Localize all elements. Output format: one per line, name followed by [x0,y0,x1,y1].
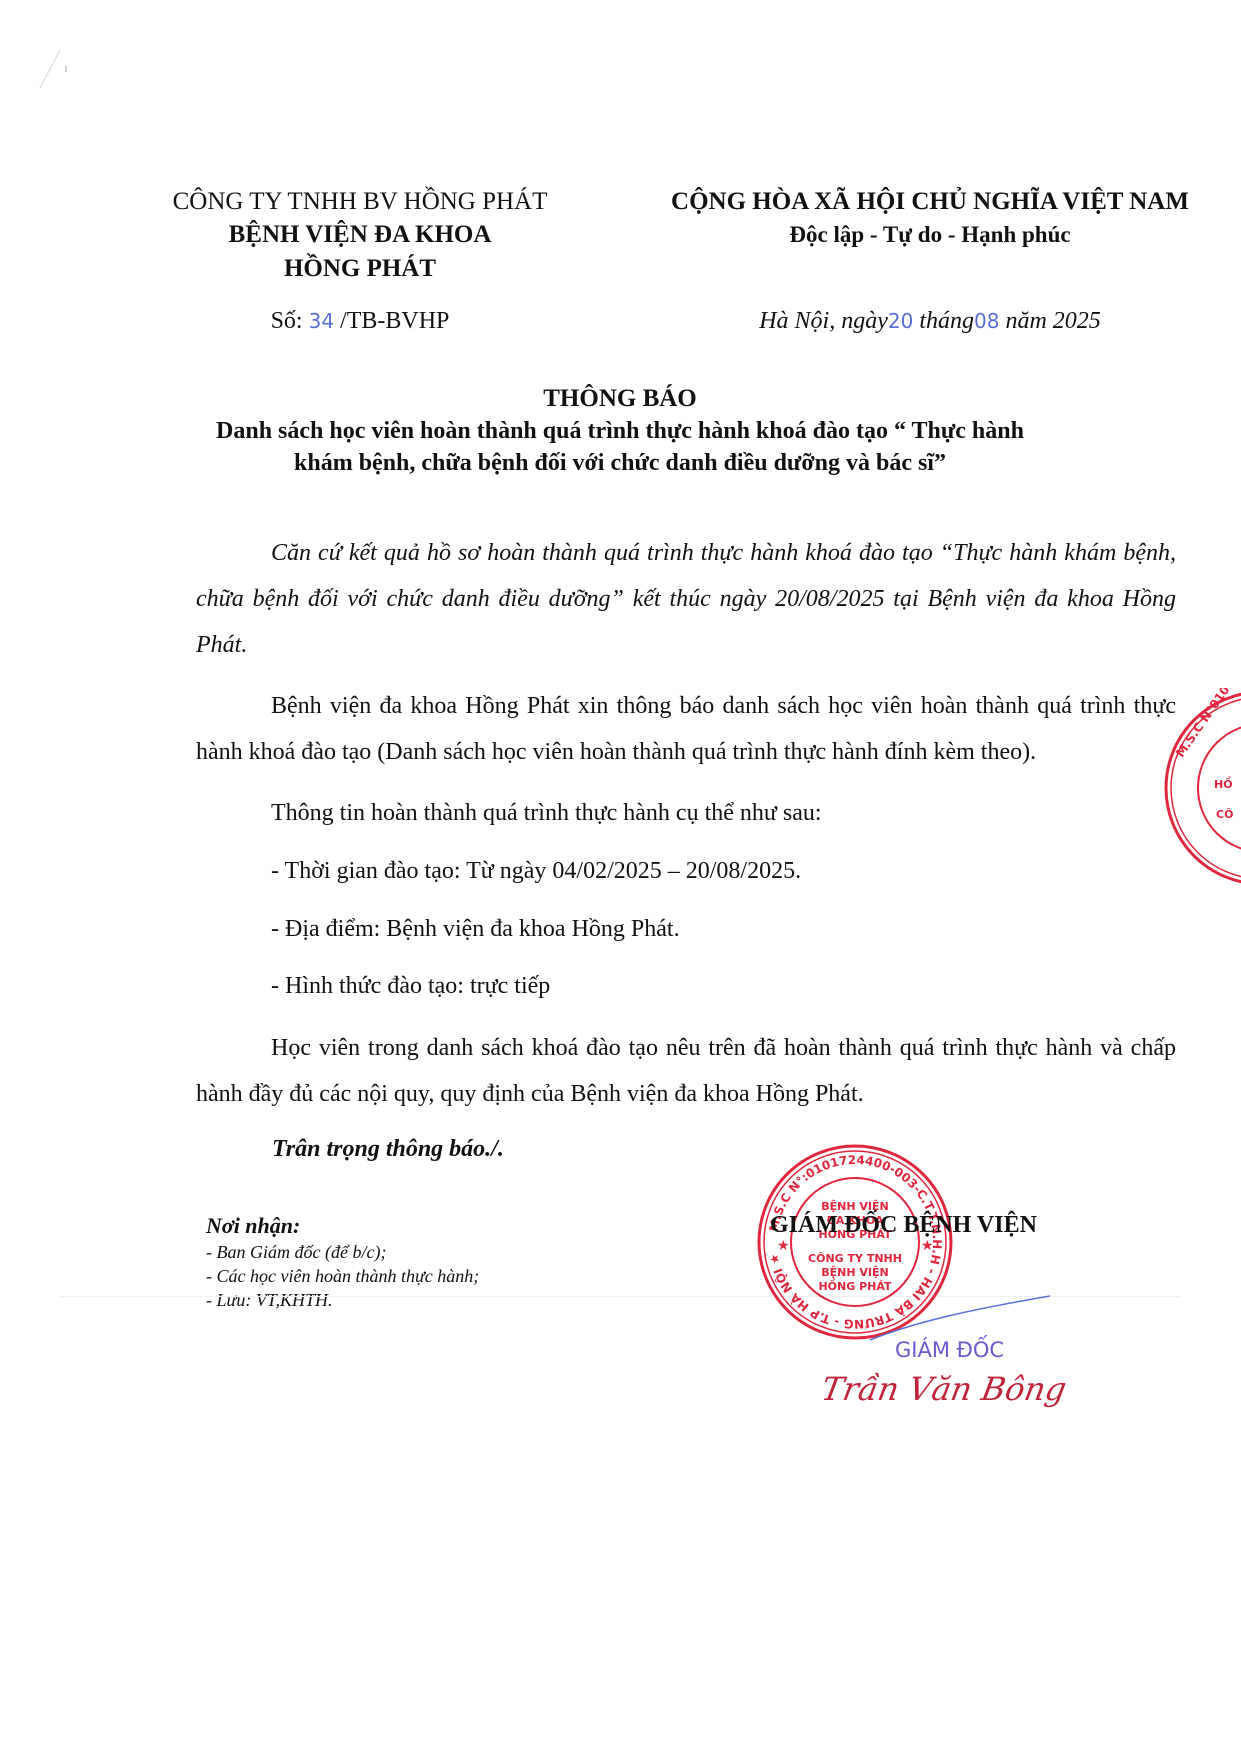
national-motto: Độc lập - Tự do - Hạnh phúc [640,218,1220,252]
recipient-item: - Các học viên hoàn thành thực hành; [206,1264,646,1288]
detail-location: - Địa điểm: Bệnh viện đa khoa Hồng Phát. [196,906,1176,952]
paragraph-compliance: Học viên trong danh sách khoá đào tạo nê… [196,1025,1176,1117]
notice-title-block: THÔNG BÁO Danh sách học viên hoàn thành … [180,383,1060,479]
svg-text:★: ★ [777,1238,790,1254]
edge-seal: M.S.C N°0101 HỒ CÔ [1162,688,1241,893]
date-place: Hà Nội, ngày [759,308,888,334]
signatory-name: Trần Văn Bông [819,1370,1070,1408]
notice-heading: THÔNG BÁO [180,383,1060,415]
detail-training-period: - Thời gian đào tạo: Từ ngày 04/02/2025 … [196,848,1176,894]
svg-text:CÔNG TY TNHH: CÔNG TY TNHH [808,1252,902,1265]
svg-text:★: ★ [921,1238,934,1254]
nation-name: CỘNG HÒA XÃ HỘI CHỦ NGHĨA VIỆT NAM [640,186,1220,218]
date-year: năm 2025 [1005,308,1100,334]
hospital-name-line2: HỒNG PHÁT [140,252,580,286]
paragraph-announcement: Bệnh viện đa khoa Hồng Phát xin thông bá… [196,683,1176,775]
doc-number-prefix: Số: [271,308,303,334]
issuer-block: CÔNG TY TNHH BV HỒNG PHÁT BỆNH VIỆN ĐA K… [140,186,580,338]
paragraph-basis: Căn cứ kết quả hồ sơ hoàn thành quá trìn… [196,530,1176,668]
detail-training-format: - Hình thức đào tạo: trực tiếp [196,963,1176,1009]
date-month: 08 [974,309,999,333]
document-date: Hà Nội, ngày20 tháng08 năm 2025 [640,304,1220,338]
scan-artifact [38,30,78,95]
signatory-title: GIÁM ĐỐC BỆNH VIỆN [770,1212,1037,1239]
notice-subtitle-line2: khám bệnh, chữa bệnh đối với chức danh đ… [180,447,1060,479]
notice-subtitle-line1: Danh sách học viên hoàn thành quá trình … [180,415,1060,447]
doc-number-suffix: /TB-BVHP [340,308,449,334]
recipient-item: - Ban Giám đốc (để b/c); [206,1240,646,1264]
svg-text:BỆNH VIỆN: BỆNH VIỆN [821,1266,888,1279]
closing-phrase: Trân trọng thông báo./. [272,1136,504,1163]
paragraph-details-intro: Thông tin hoàn thành quá trình thực hành… [196,790,1176,836]
document-number: Số: 34 /TB-BVHP [140,304,580,338]
svg-text:CÔ: CÔ [1216,808,1233,821]
svg-text:HỒ: HỒ [1214,776,1233,791]
doc-number-handwritten: 34 [309,309,334,333]
date-day: 20 [888,309,913,333]
date-month-label: tháng [919,308,974,334]
national-header: CỘNG HÒA XÃ HỘI CHỦ NGHĨA VIỆT NAM Độc l… [640,186,1220,338]
recipients-block: Nơi nhận: - Ban Giám đốc (để b/c); - Các… [206,1212,646,1312]
signatory-role: GIÁM ĐỐC [895,1338,1004,1362]
hospital-name-line1: BỆNH VIỆN ĐA KHOA [140,218,580,252]
recipient-item: - Lưu: VT,KHTH. [206,1288,646,1312]
company-name: CÔNG TY TNHH BV HỒNG PHÁT [140,186,580,218]
recipients-heading: Nơi nhận: [206,1212,646,1240]
